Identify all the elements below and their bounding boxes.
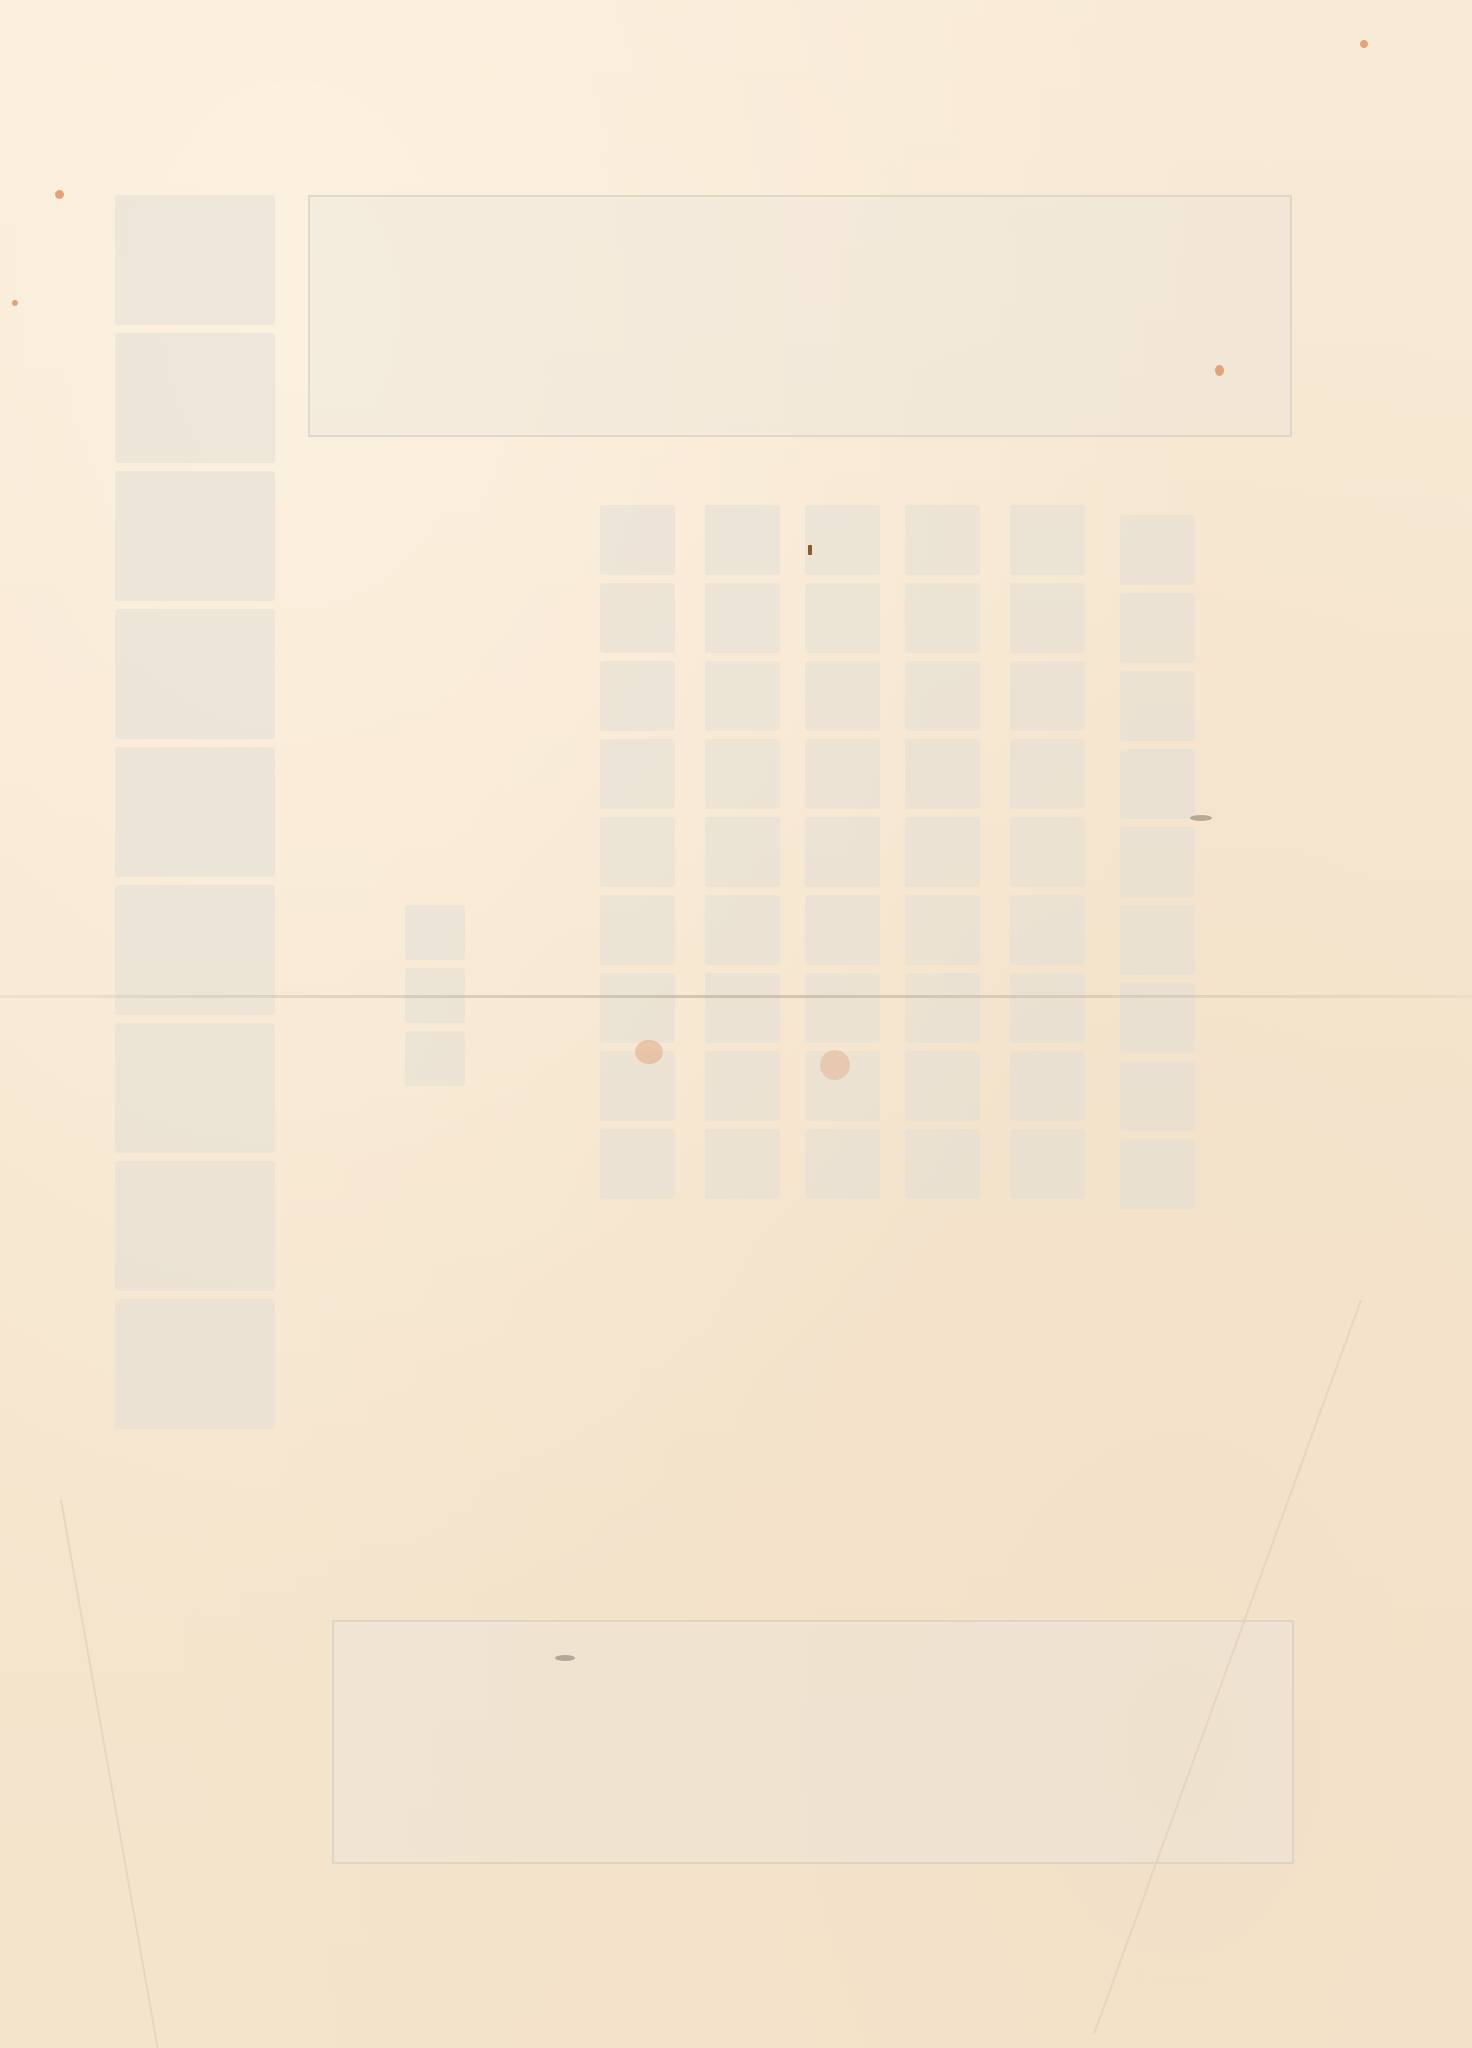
horizontal-fold-crease: [0, 995, 1472, 998]
dirt-mark: [1190, 815, 1212, 821]
stain-spot: [1360, 40, 1368, 48]
center-text-column-1: [600, 505, 675, 1207]
dirt-mark: [555, 1655, 575, 1661]
center-text-column-2: [705, 505, 780, 1207]
center-text-column-4: [905, 505, 980, 1207]
top-frame-impression: [308, 195, 1292, 437]
left-large-text-column: [115, 195, 275, 1437]
stain-spot: [808, 545, 812, 555]
stain-spot: [1215, 365, 1224, 376]
center-text-column-5: [1010, 505, 1085, 1207]
stain-spot: [820, 1050, 850, 1080]
small-text-column: [405, 905, 465, 1094]
stain-spot: [12, 300, 18, 306]
stain-spot: [55, 190, 64, 199]
center-text-column-3: [805, 505, 880, 1207]
stain-spot: [635, 1040, 663, 1064]
bottom-frame-impression: [332, 1620, 1294, 1864]
center-text-column-6: [1120, 515, 1195, 1217]
